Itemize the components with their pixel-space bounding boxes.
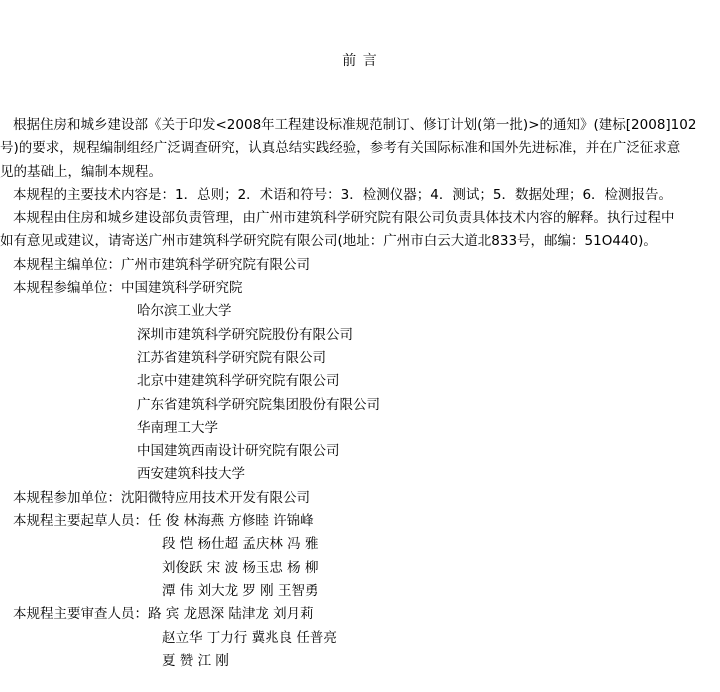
text-line: 潭 伟 刘大龙 罗 刚 王智勇 (0, 580, 720, 603)
text-line: 深圳市建筑科学研究院股份有限公司 (0, 324, 720, 347)
text-line: 见的基础上，编制本规程。 (0, 161, 720, 184)
text-line: 本规程参加单位：沈阳微特应用技术开发有限公司 (0, 487, 720, 510)
document-body: 根据住房和城乡建设部《关于印发<2008年工程建设标准规范制订、修订计划(第一批… (0, 114, 720, 673)
text-line: 广东省建筑科学研究院集团股份有限公司 (0, 394, 720, 417)
text-line: 本规程主编单位：广州市建筑科学研究院有限公司 (0, 254, 720, 277)
text-line: 本规程的主要技术内容是：1．总则；2．术语和符号：3．检测仪器；4．测试；5．数… (0, 184, 720, 207)
document-page: 前 言 根据住房和城乡建设部《关于印发<2008年工程建设标准规范制订、修订计划… (0, 0, 720, 692)
text-line: 本规程参编单位：中国建筑科学研究院 (0, 277, 720, 300)
text-line: 华南理工大学 (0, 417, 720, 440)
text-line: 如有意见或建议，请寄送广州市建筑科学研究院有限公司(地址：广州市白云大道北833… (0, 230, 720, 253)
text-line: 刘俊跃 宋 波 杨玉忠 杨 柳 (0, 557, 720, 580)
text-line: 本规程主要审查人员：路 宾 龙恩深 陆津龙 刘月莉 (0, 603, 720, 626)
text-line: 赵立华 丁力行 冀兆良 任普亮 (0, 627, 720, 650)
text-line: 段 恺 杨仕超 孟庆林 冯 雅 (0, 533, 720, 556)
text-line: 根据住房和城乡建设部《关于印发<2008年工程建设标准规范制订、修订计划(第一批… (0, 114, 720, 137)
text-line: 哈尔滨工业大学 (0, 300, 720, 323)
text-line: 江苏省建筑科学研究院有限公司 (0, 347, 720, 370)
text-line: 夏 赞 江 刚 (0, 650, 720, 673)
text-line: 北京中建建筑科学研究院有限公司 (0, 370, 720, 393)
text-line: 本规程主要起草人员：任 俊 林海燕 方修睦 许锦峰 (0, 510, 720, 533)
text-line: 号)的要求，规程编制组经广泛调查研究，认真总结实践经验，参考有关国际标准和国外先… (0, 137, 720, 160)
page-title: 前 言 (0, 0, 720, 69)
text-line: 本规程由住房和城乡建设部负责管理，由广州市建筑科学研究院有限公司负责具体技术内容… (0, 207, 720, 230)
text-line: 西安建筑科技大学 (0, 463, 720, 486)
text-line: 中国建筑西南设计研究院有限公司 (0, 440, 720, 463)
